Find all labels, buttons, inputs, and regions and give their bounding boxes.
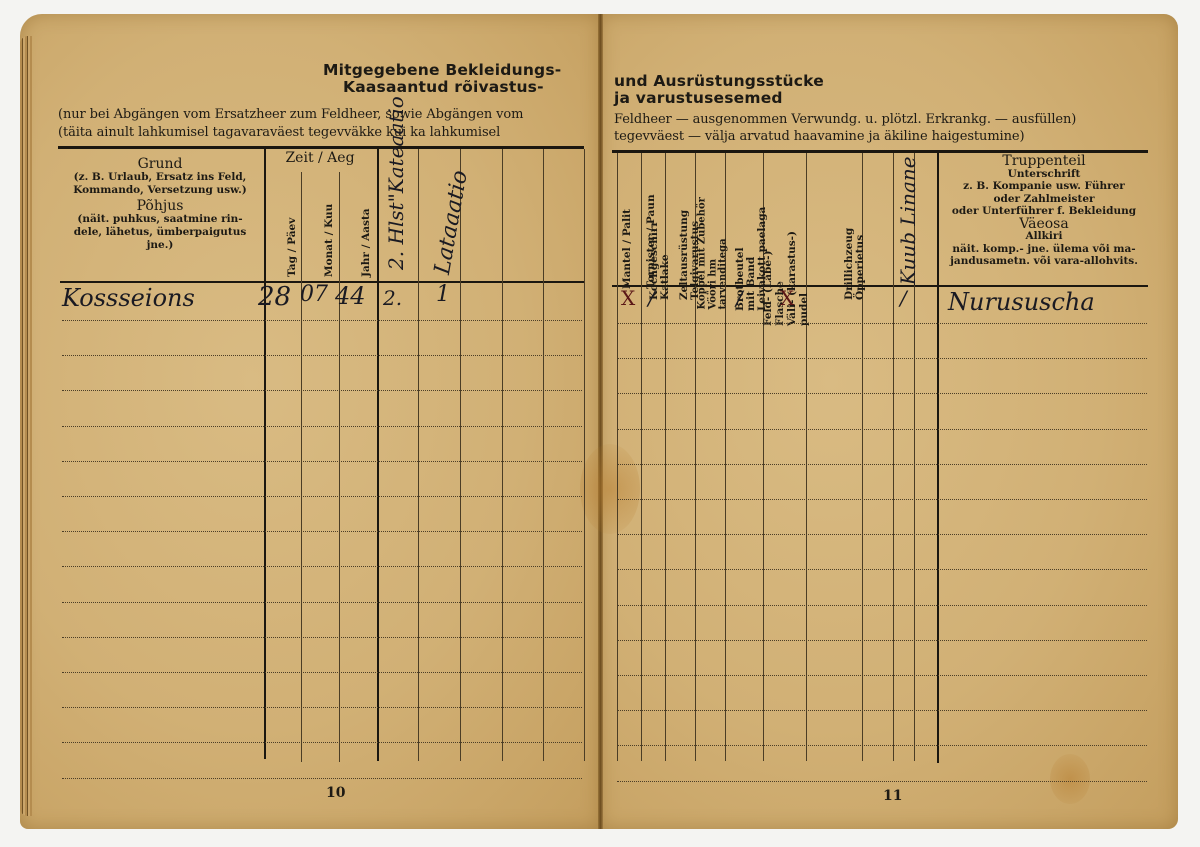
row-line: [617, 429, 1147, 430]
row-line: [62, 672, 582, 673]
mark-brotbeutel: X: [780, 286, 794, 310]
row-line: [617, 499, 1147, 500]
grund-header: Grund (z. B. Urlaub, Ersatz ins Feld, Ko…: [60, 158, 260, 252]
col-line: [418, 149, 419, 761]
row-line: [62, 390, 582, 391]
grund-desc-1: (z. B. Urlaub, Ersatz ins Feld,: [60, 171, 260, 184]
spine: [598, 14, 603, 829]
right-subtitle-line1: Feldheer — ausgenommen Verwundg. u. plöt…: [614, 111, 1076, 128]
col-line: [377, 149, 379, 761]
zeit-header: Zeit / Aeg: [264, 152, 376, 165]
entry-item-2: 1: [436, 282, 450, 307]
pohjus-title: Põhjus: [60, 200, 260, 213]
header-desc: z. B. Kompanie usw. Führer: [940, 180, 1148, 193]
grund-title: Grund: [60, 158, 260, 171]
col-line: [937, 153, 939, 763]
zeit-col-year: Jahr / Aasta: [361, 208, 372, 277]
row-line: [62, 355, 582, 356]
mark-koppel: /: [736, 286, 743, 310]
left-title-line1: Mitgegebene Bekleidungs-: [323, 62, 561, 79]
col-drillichzeug: DrillichzeugÖpperietus: [844, 228, 866, 300]
col-handwritten-kuub: Kuub Linane: [896, 156, 920, 285]
row-line: [617, 323, 1147, 324]
left-col-divider: [264, 149, 266, 759]
signature: Nurususcha: [948, 288, 1095, 316]
right-title-line2: ja varustusesemed: [614, 90, 783, 107]
row-line: [617, 640, 1147, 641]
stain: [1050, 754, 1090, 804]
page-edges: [20, 36, 32, 816]
row-line: [617, 781, 1147, 782]
row-line: [62, 707, 582, 708]
truppenteil-header: Truppenteil Unterschrift z. B. Kompanie …: [940, 155, 1148, 268]
row-line: [617, 569, 1147, 570]
left-subtitle-line1: (nur bei Abgängen vom Ersatzheer zum Fel…: [58, 106, 523, 123]
zeit-col-month: Monat / Kuu: [324, 204, 335, 277]
header-desc: oder Zahlmeister: [940, 193, 1148, 206]
left-header-top-rule: [58, 146, 584, 149]
entry-day: 28: [258, 282, 291, 312]
pohjus-desc-1: (näit. puhkus, saatmine rin-: [60, 213, 260, 226]
row-line: [617, 675, 1147, 676]
col-line: [543, 149, 544, 761]
right-title-line1: und Ausrüstungsstücke: [614, 73, 824, 90]
handwritten-col-header-1: 2. Hlst"Kateaatio: [384, 96, 408, 270]
zeit-title: Zeit / Aeg: [264, 152, 376, 165]
row-line: [617, 745, 1147, 746]
grund-desc-2: Kommando, Versetzung usw.): [60, 184, 260, 197]
row-line: [62, 531, 582, 532]
unterschrift-label: Unterschrift: [940, 168, 1148, 181]
allkiri-label: Allkiri: [940, 230, 1148, 243]
col-feldflasche: Feld- (Labe-)FlascheVäli- (karastus-)pud…: [762, 231, 810, 326]
row-line: [62, 742, 582, 743]
row-line: [617, 358, 1147, 359]
row-line: [62, 496, 582, 497]
stain: [580, 444, 640, 534]
mark-tornister: /: [648, 286, 655, 310]
col-line: [617, 153, 618, 761]
col-line: [301, 172, 302, 762]
row-line: [617, 534, 1147, 535]
page-number-right: 11: [883, 788, 902, 804]
row-line: [617, 464, 1147, 465]
row-line: [62, 320, 582, 321]
col-mantel: Mantel / Palit: [622, 209, 633, 289]
row-line: [62, 637, 582, 638]
entry-month: 07: [300, 282, 328, 307]
mark-drillich: /: [900, 286, 907, 310]
row-line: [62, 461, 582, 462]
entry-year: 44: [335, 282, 366, 310]
col-koppel: Koppel mit ZubehörVööri hmtarvenditega: [698, 197, 730, 309]
row-line: [617, 710, 1147, 711]
row-line: [62, 566, 582, 567]
col-line: [502, 149, 503, 761]
page-number-left: 10: [326, 785, 345, 801]
col-line: [339, 172, 340, 762]
header-desc: jandusametn. või vara-allohvits.: [940, 255, 1148, 268]
right-subtitle-line2: tegevväest — välja arvatud haavamine ja …: [614, 128, 1024, 145]
mark-mantel: X: [621, 286, 635, 310]
entry-item-1: 2.: [383, 286, 402, 310]
header-desc: näit. komp.- jne. ülema või ma-: [940, 243, 1148, 256]
row-line: [62, 426, 582, 427]
entry-grund: Kossseions: [62, 284, 195, 312]
pohjus-desc-3: jne.): [60, 239, 260, 252]
row-line: [617, 393, 1147, 394]
pohjus-desc-2: dele, lähetus, ümberpaigutus: [60, 226, 260, 239]
row-line: [62, 778, 582, 779]
col-line: [584, 149, 585, 761]
left-title-line2: Kaasaantud rõivastus-: [343, 79, 544, 96]
col-line: [641, 153, 642, 761]
row-line: [617, 605, 1147, 606]
left-subtitle-line2: (täita ainult lahkumisel tagavaraväest t…: [58, 124, 500, 141]
col-line: [893, 153, 894, 761]
truppenteil-title: Truppenteil: [940, 155, 1148, 168]
vaeosa-title: Väeosa: [940, 218, 1148, 231]
zeit-col-day: Tag / Päev: [287, 218, 298, 277]
row-line: [62, 602, 582, 603]
